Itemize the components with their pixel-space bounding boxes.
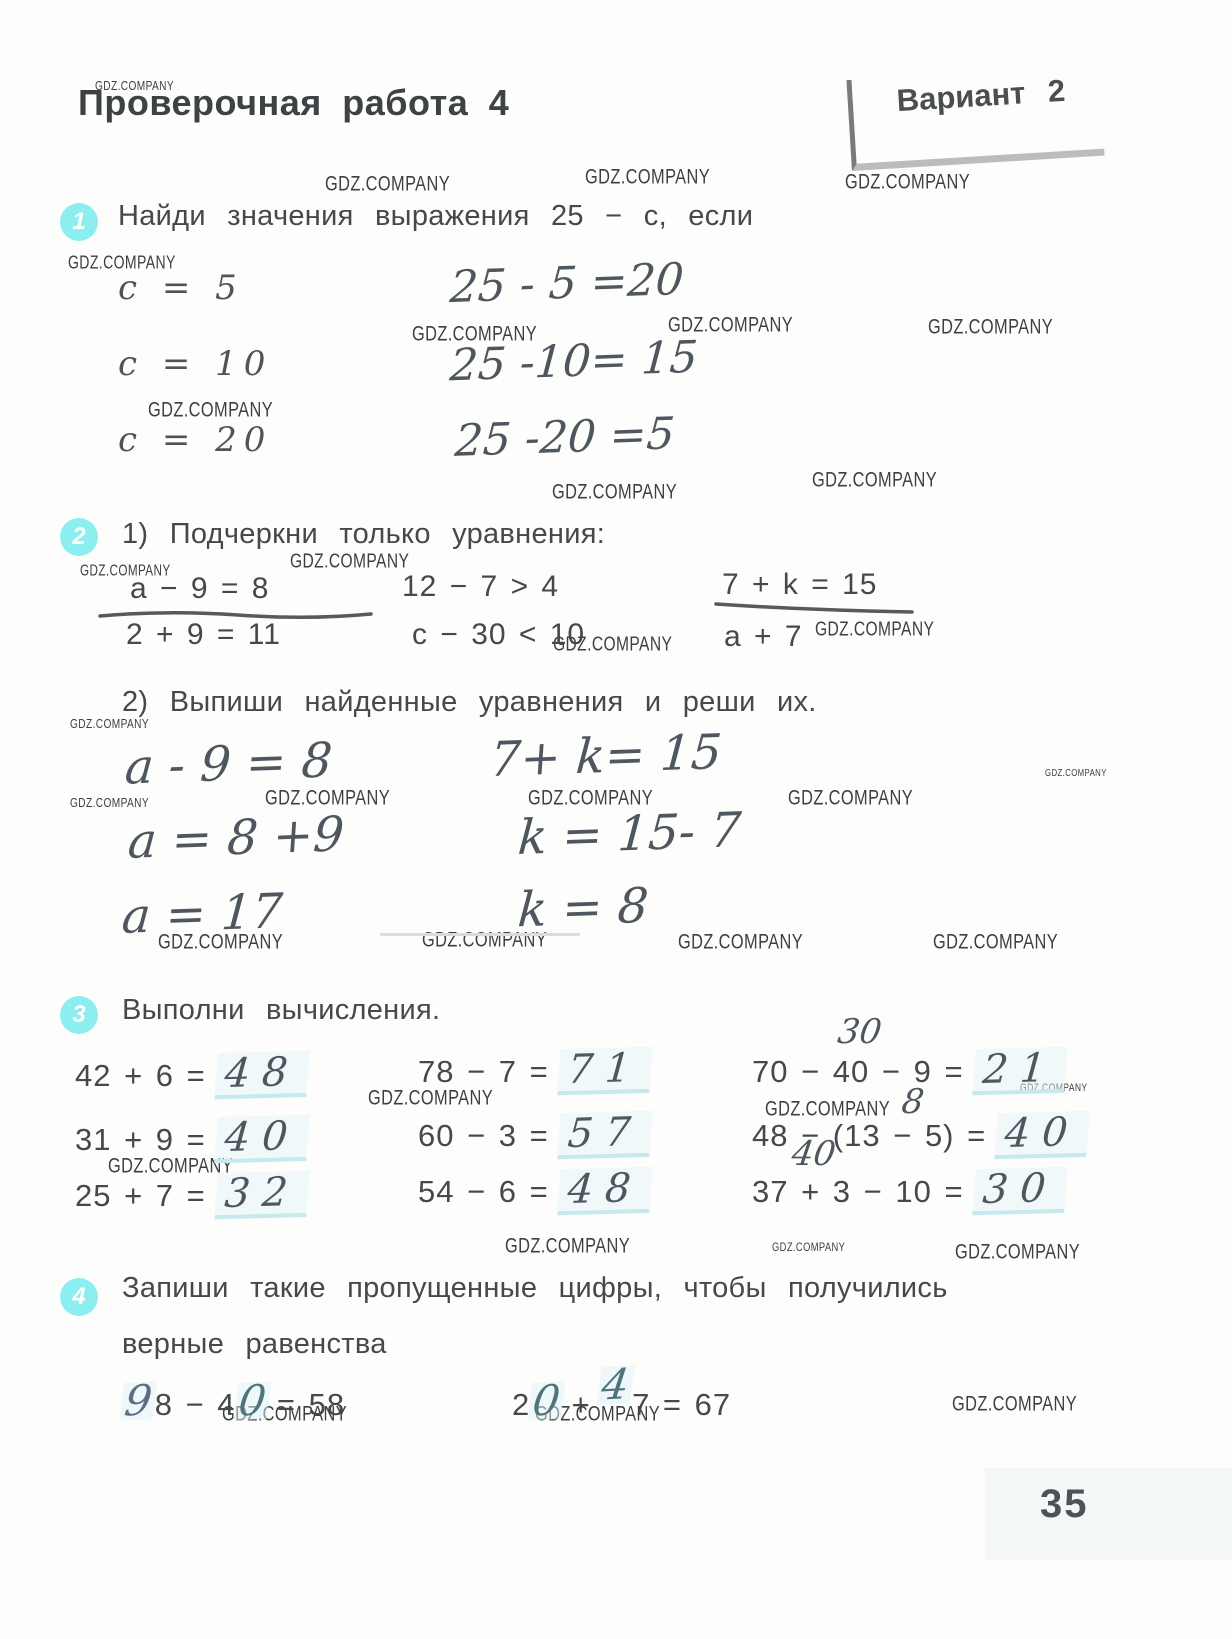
task2-part1-prompt: 1) Подчеркни только уравнения: — [122, 518, 605, 551]
watermark: GDZ.COMPANY — [325, 172, 450, 196]
handwritten-answer: 25 - 5 =20 — [448, 254, 685, 313]
carry-note: 30 — [835, 1012, 884, 1052]
given-value: с = 10 — [118, 344, 272, 384]
watermark: GDZ.COMPANY — [1045, 768, 1107, 779]
task1-prompt: Найди значения выражения 25 − с, если — [118, 200, 753, 233]
equation-text: 8 − 4 — [155, 1387, 236, 1422]
calc-expression: 60 − 3 = — [418, 1118, 549, 1153]
task-number-icon: 3 — [60, 996, 98, 1034]
watermark: GDZ.COMPANY — [148, 398, 273, 422]
calc-row: 40 37 + 3 − 10 =30 — [752, 1168, 1066, 1214]
watermark: GDZ.COMPANY — [585, 165, 710, 189]
task-number: 3 — [72, 1001, 85, 1029]
task4-prompt-line2: верные равенства — [122, 1328, 387, 1361]
page-title: Проверочная работа 4 — [78, 82, 509, 124]
task3-prompt: Выполни вычисления. — [122, 994, 440, 1027]
handwritten-answer: 25 -10= 15 — [448, 332, 699, 392]
task-number-icon: 4 — [60, 1278, 98, 1316]
missing-digit-equation: 98 − 40 = 58 — [122, 1382, 345, 1423]
task4-prompt-line1: Запиши такие пропущенные цифры, чтобы по… — [122, 1272, 948, 1305]
missing-digit: 4 — [597, 1365, 635, 1404]
calc-expression: 31 + 9 = — [75, 1122, 206, 1157]
calc-row: 78 − 7 =71 — [418, 1048, 651, 1094]
calc-expression: 42 + 6 = — [75, 1058, 206, 1093]
task-number: 4 — [72, 1283, 85, 1311]
equation-text: 7 + k = 15 — [722, 568, 877, 602]
watermark: GDZ.COMPANY — [505, 1234, 630, 1258]
watermark: GDZ.COMPANY — [955, 1240, 1080, 1264]
equation-text: 7 = 67 — [632, 1387, 731, 1422]
solution-step: a = 8 +9 — [126, 806, 346, 870]
answer-box: 57 — [557, 1111, 653, 1160]
variant-badge: Вариант 2 — [846, 65, 1104, 171]
page-number: 35 — [1040, 1482, 1089, 1527]
scan-tint-area — [985, 1468, 1232, 1560]
solution-step: a - 9 = 8 — [123, 732, 334, 795]
calc-expression: 70 − 40 − 9 = — [752, 1054, 964, 1089]
missing-digit: 9 — [120, 1381, 158, 1420]
calc-row: 42 + 6 =48 — [75, 1052, 308, 1098]
task-number: 1 — [72, 208, 85, 236]
workbook-page: GDZ.COMPANY GDZ.COMPANY GDZ.COMPANY GDZ.… — [0, 0, 1232, 1639]
watermark: GDZ.COMPANY — [290, 550, 409, 573]
equation-text: 2 + 9 = 11 — [126, 618, 281, 652]
calc-row: 25 + 7 =32 — [75, 1172, 308, 1218]
calc-row: 31 + 9 =40 — [75, 1116, 308, 1162]
answer-box: 40 — [994, 1111, 1090, 1160]
answer-box: 21 — [972, 1047, 1068, 1096]
equation-text: с − 30 < 10 — [412, 618, 585, 652]
handwritten-underline — [98, 608, 373, 616]
given-value: с = 5 — [118, 268, 244, 308]
carry-note: 40 — [789, 1134, 838, 1174]
handwritten-underline — [714, 600, 914, 608]
scan-artifact-line — [380, 933, 580, 936]
watermark: GDZ.COMPANY — [772, 1240, 845, 1254]
task2-part2-prompt: 2) Выпиши найденные уравнения и реши их. — [122, 686, 817, 719]
carry-note: 8 — [899, 1082, 926, 1122]
watermark: GDZ.COMPANY — [70, 795, 149, 810]
answer-box: 48 — [557, 1167, 653, 1216]
missing-digit: 0 — [233, 1381, 271, 1420]
answer-box: 40 — [214, 1115, 310, 1164]
equation-text: 12 − 7 > 4 — [402, 570, 559, 604]
equation-text: + — [572, 1387, 591, 1422]
answer-box: 48 — [214, 1051, 310, 1100]
handwritten-answer: 25 -20 =5 — [453, 408, 676, 467]
calc-expression: 54 − 6 = — [418, 1174, 549, 1209]
task-number: 2 — [72, 523, 85, 551]
answer-box: 32 — [214, 1171, 310, 1220]
equation-text: = 58 — [277, 1387, 345, 1422]
watermark: GDZ.COMPANY — [678, 930, 803, 954]
solution-step: 7+ k= 15 — [488, 724, 723, 788]
watermark: GDZ.COMPANY — [552, 480, 677, 504]
given-value: с = 20 — [118, 420, 272, 460]
watermark: GDZ.COMPANY — [928, 315, 1053, 339]
task-number-icon: 1 — [60, 203, 98, 241]
solution-step: k = 8 — [516, 878, 650, 939]
watermark: GDZ.COMPANY — [845, 170, 970, 194]
answer-box: 71 — [557, 1047, 653, 1096]
equation-text: а − 9 = 8 — [130, 572, 269, 606]
missing-digit-equation: 20 + 47 = 67 — [512, 1382, 731, 1423]
missing-digit: 0 — [528, 1381, 566, 1420]
calc-expression: 25 + 7 = — [75, 1178, 206, 1213]
task-number-icon: 2 — [60, 518, 98, 556]
calc-row: 54 − 6 =48 — [418, 1168, 651, 1214]
equation-text: а + 7 — [724, 620, 803, 654]
watermark: GDZ.COMPANY — [933, 930, 1058, 954]
calc-expression: 37 + 3 − 10 = — [752, 1174, 964, 1209]
variant-label: Вариант 2 — [851, 65, 1101, 122]
watermark: GDZ.COMPANY — [812, 468, 937, 492]
watermark: GDZ.COMPANY — [788, 786, 913, 810]
solution-step: a = 17 — [120, 883, 284, 945]
calc-expression: 48 − (13 − 5) = — [752, 1118, 986, 1153]
calc-row: 60 − 3 =57 — [418, 1112, 651, 1158]
watermark: GDZ.COMPANY — [952, 1392, 1077, 1416]
answer-box: 30 — [972, 1167, 1068, 1216]
watermark: GDZ.COMPANY — [815, 618, 934, 641]
calc-expression: 78 − 7 = — [418, 1054, 549, 1089]
solution-step: k = 15- 7 — [516, 802, 743, 866]
